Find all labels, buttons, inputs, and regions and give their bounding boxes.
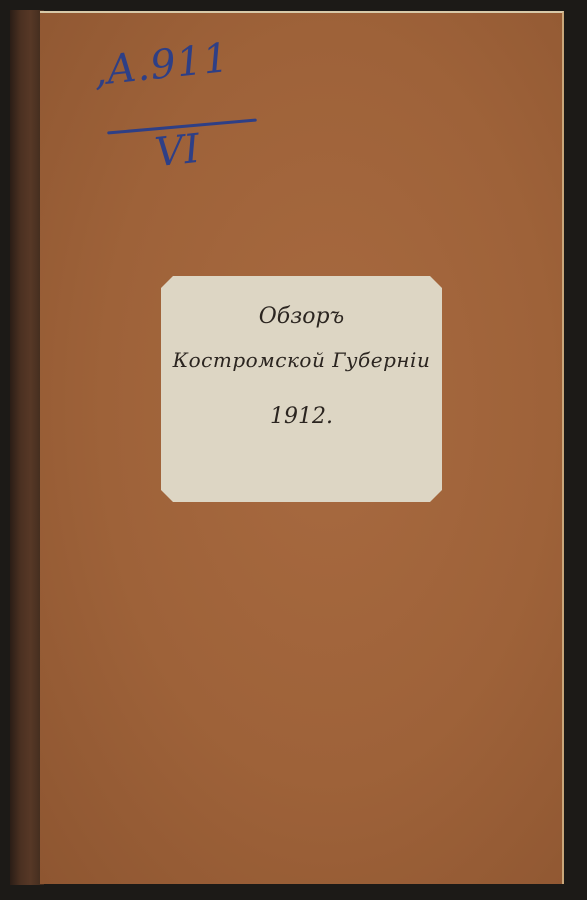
shelfmark-annotation: ‚A.911 VI [75, 30, 265, 200]
label-year: 1912. [161, 404, 442, 429]
shelfmark-denominator: VI [153, 126, 202, 176]
shelfmark-numerator: ‚A.911 [91, 35, 232, 95]
book-spine [10, 10, 44, 885]
label-subtitle: Костромской Губернiи [161, 348, 442, 372]
label-title: Обзоръ [161, 304, 442, 329]
title-label: Обзоръ Костромской Губернiи 1912. [161, 276, 442, 502]
